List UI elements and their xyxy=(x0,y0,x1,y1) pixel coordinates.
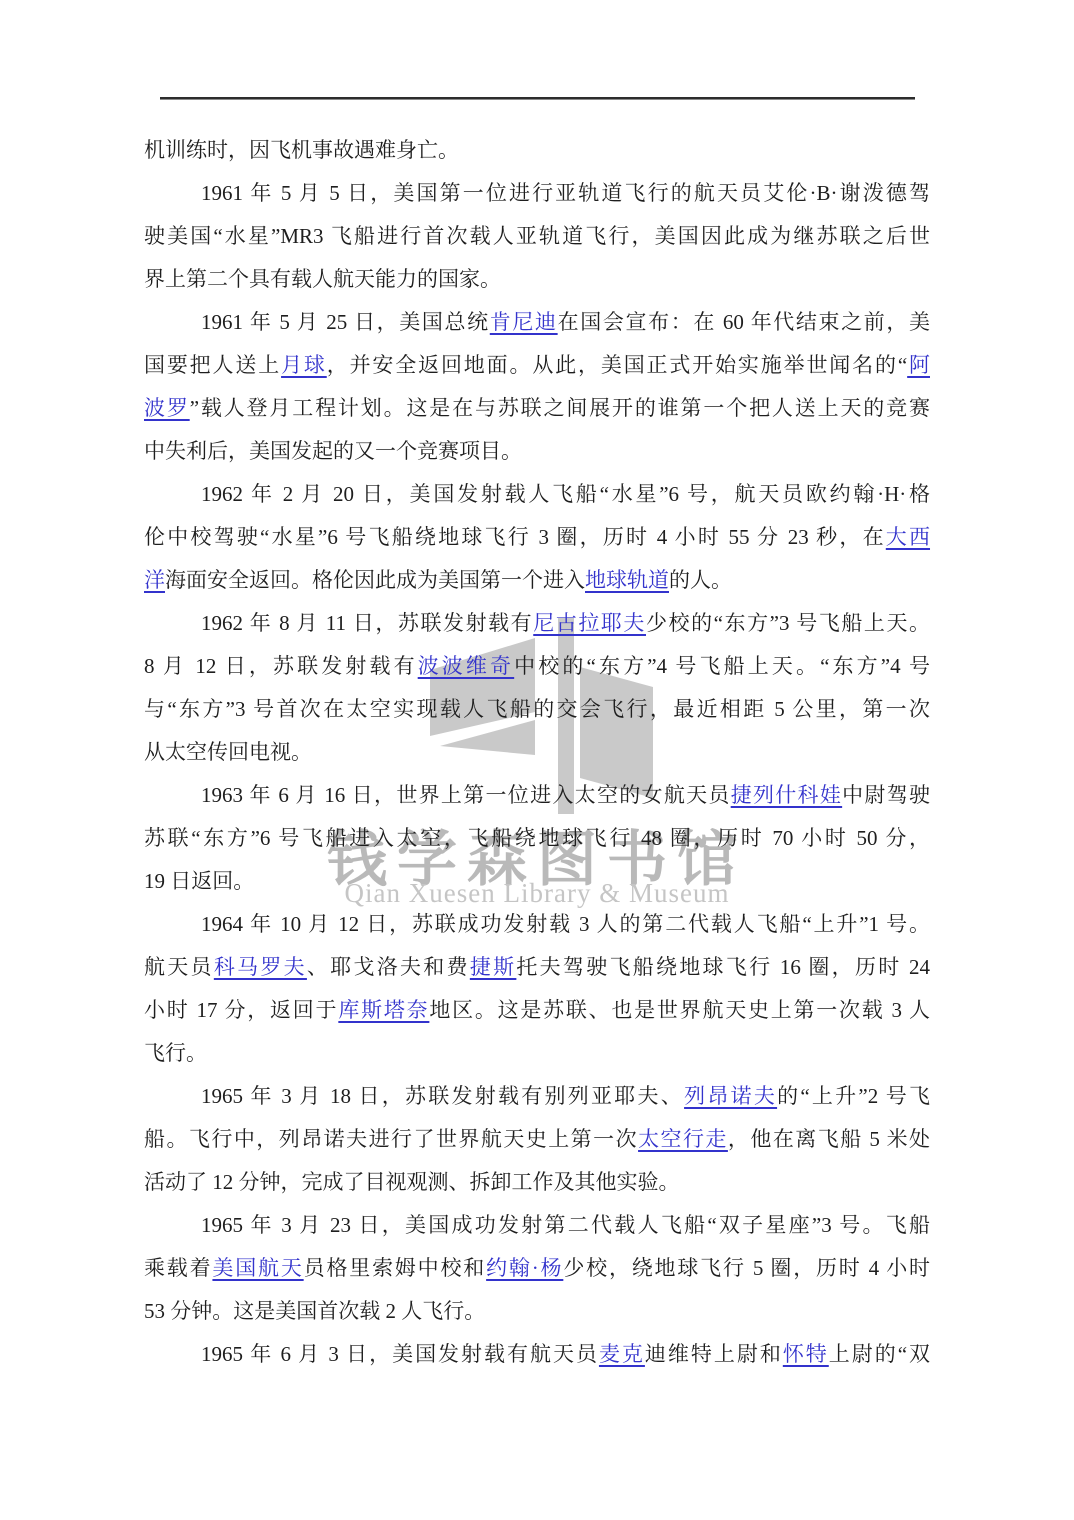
text-run: 机训练时，因飞机事故遇难身亡。 xyxy=(144,138,459,162)
text-run: 上尉的“双 xyxy=(829,1342,930,1366)
paragraph-line: 船。飞行中，列昂诺夫进行了世界航天史上第一次太空行走，他在离飞船 5 米处 xyxy=(144,1118,930,1161)
paragraph-line: 1965 年 3 月 23 日，美国成功发射第二代载人飞船“双子星座”3 号。飞… xyxy=(144,1204,930,1247)
paragraph-line: 飞行。 xyxy=(144,1032,930,1075)
paragraph-line: 53 分钟。这是美国首次载 2 人飞行。 xyxy=(144,1290,930,1333)
paragraph-line: 航天员科马罗夫、耶戈洛夫和费捷斯托夫驾驶飞船绕地球飞行 16 圈，历时 24 xyxy=(144,946,930,989)
paragraph: 1964 年 10 月 12 日，苏联成功发射载 3 人的第二代载人飞船“上升”… xyxy=(144,903,930,1075)
document-body: 机训练时，因飞机事故遇难身亡。1961 年 5 月 5 日，美国第一位进行亚轨道… xyxy=(144,129,930,1376)
paragraph-line: 国要把人送上月球，并安全返回地面。从此，美国正式开始实施举世闻名的“阿 xyxy=(144,344,930,387)
text-run: 、耶戈洛夫和费 xyxy=(307,955,470,979)
text-run: 驶美国“水星”MR3 飞船进行首次载人亚轨道飞行，美国因此成为继苏联之后世 xyxy=(144,224,930,248)
text-run: 的“上升”2 号飞 xyxy=(777,1084,930,1108)
paragraph-line: 1963 年 6 月 16 日，世界上第一位进入太空的女航天员捷列什科娃中尉驾驶 xyxy=(144,774,930,817)
text-run: 托夫驾驶飞船绕地球飞行 16 圈，历时 24 xyxy=(516,955,930,979)
paragraph: 机训练时，因飞机事故遇难身亡。 xyxy=(144,129,930,172)
text-link[interactable]: 大西 xyxy=(886,525,930,549)
paragraph-line: 19 日返回。 xyxy=(144,860,930,903)
paragraph-line: 小时 17 分，返回于库斯塔奈地区。这是苏联、也是世界航天史上第一次载 3 人 xyxy=(144,989,930,1032)
text-link[interactable]: 地球轨道 xyxy=(585,568,669,592)
paragraph: 1963 年 6 月 16 日，世界上第一位进入太空的女航天员捷列什科娃中尉驾驶… xyxy=(144,774,930,903)
text-run: 苏联“东方”6 号飞船进入太空，飞船绕地球飞行 48 圈，历时 70 小时 50… xyxy=(144,826,930,850)
text-run: 1964 年 10 月 12 日，苏联成功发射载 3 人的第二代载人飞船“上升”… xyxy=(201,912,930,936)
text-run: 飞行。 xyxy=(144,1041,207,1065)
paragraph: 1961 年 5 月 25 日，美国总统肯尼迪在国会宣布：在 60 年代结束之前… xyxy=(144,301,930,473)
text-link[interactable]: 捷列什科娃 xyxy=(731,783,842,807)
text-run: 1965 年 6 月 3 日，美国发射载有航天员 xyxy=(201,1342,599,1366)
text-run: 与“东方”3 号首次在太空实现载人飞船的交会飞行，最近相距 5 公里，第一次 xyxy=(144,697,930,721)
text-link[interactable]: 肯尼迪 xyxy=(490,310,558,334)
paragraph: 1962 年 8 月 11 日，苏联发射载有尼古拉耶夫少校的“东方”3 号飞船上… xyxy=(144,602,930,774)
text-run: 1961 年 5 月 5 日，美国第一位进行亚轨道飞行的航天员艾伦·B·谢泼德驾 xyxy=(201,181,930,205)
paragraph-line: 伦中校驾驶“水星”6 号飞船绕地球飞行 3 圈，历时 4 小时 55 分 23 … xyxy=(144,516,930,559)
text-run: ”载人登月工程计划。这是在与苏联之间展开的谁第一个把人送上天的竞赛 xyxy=(190,396,930,420)
text-link[interactable]: 月球 xyxy=(281,353,327,377)
text-link[interactable]: 尼古拉耶夫 xyxy=(533,611,646,635)
paragraph-line: 苏联“东方”6 号飞船进入太空，飞船绕地球飞行 48 圈，历时 70 小时 50… xyxy=(144,817,930,860)
text-run: 员格里索姆中校和 xyxy=(304,1256,486,1280)
text-link[interactable]: 波波维奇 xyxy=(418,654,514,678)
paragraph-line: 驶美国“水星”MR3 飞船进行首次载人亚轨道飞行，美国因此成为继苏联之后世 xyxy=(144,215,930,258)
text-run: 中校的“东方”4 号飞船上天。“东方”4 号 xyxy=(514,654,930,678)
text-run: 界上第二个具有载人航天能力的国家。 xyxy=(144,267,501,291)
paragraph-line: 界上第二个具有载人航天能力的国家。 xyxy=(144,258,930,301)
text-run: 小时 17 分，返回于 xyxy=(144,998,338,1022)
text-link[interactable]: 怀特 xyxy=(783,1342,829,1366)
text-run: 1962 年 8 月 11 日，苏联发射载有 xyxy=(201,611,533,635)
paragraph-line: 1962 年 2 月 20 日，美国发射载人飞船“水星”6 号，航天员欧约翰·H… xyxy=(144,473,930,516)
text-run: 迪维特上尉和 xyxy=(645,1342,783,1366)
text-run: ，并安全返回地面。从此，美国正式开始实施举世闻名的“ xyxy=(327,353,907,377)
paragraph-line: 1962 年 8 月 11 日，苏联发射载有尼古拉耶夫少校的“东方”3 号飞船上… xyxy=(144,602,930,645)
text-run: 海面安全返回。格伦因此成为美国第一个进入 xyxy=(165,568,585,592)
paragraph: 1965 年 6 月 3 日，美国发射载有航天员麦克迪维特上尉和怀特上尉的“双 xyxy=(144,1333,930,1376)
text-run: 1965 年 3 月 23 日，美国成功发射第二代载人飞船“双子星座”3 号。飞… xyxy=(201,1213,930,1237)
paragraph-line: 与“东方”3 号首次在太空实现载人飞船的交会飞行，最近相距 5 公里，第一次 xyxy=(144,688,930,731)
paragraph: 1961 年 5 月 5 日，美国第一位进行亚轨道飞行的航天员艾伦·B·谢泼德驾… xyxy=(144,172,930,301)
paragraph-line: 1964 年 10 月 12 日，苏联成功发射载 3 人的第二代载人飞船“上升”… xyxy=(144,903,930,946)
text-run: 8 月 12 日，苏联发射载有 xyxy=(144,654,418,678)
text-link[interactable]: 库斯塔奈 xyxy=(338,998,429,1022)
text-run: 乘载着 xyxy=(144,1256,212,1280)
text-run: 活动了 12 分钟，完成了目视观测、拆卸工作及其他实验。 xyxy=(144,1170,680,1194)
text-run: 在国会宣布：在 60 年代结束之前，美 xyxy=(558,310,930,334)
paragraph: 1965 年 3 月 23 日，美国成功发射第二代载人飞船“双子星座”3 号。飞… xyxy=(144,1204,930,1333)
text-run: 从太空传回电视。 xyxy=(144,740,312,764)
text-run: 1965 年 3 月 18 日，苏联发射载有别列亚耶夫、 xyxy=(201,1084,684,1108)
paragraph-line: 1965 年 6 月 3 日，美国发射载有航天员麦克迪维特上尉和怀特上尉的“双 xyxy=(144,1333,930,1376)
paragraph-line: 波罗”载人登月工程计划。这是在与苏联之间展开的谁第一个把人送上天的竞赛 xyxy=(144,387,930,430)
text-link[interactable]: 捷斯 xyxy=(470,955,517,979)
paragraph-line: 乘载着美国航天员格里索姆中校和约翰·杨少校，绕地球飞行 5 圈，历时 4 小时 xyxy=(144,1247,930,1290)
text-run: 中失利后，美国发起的又一个竞赛项目。 xyxy=(144,439,522,463)
text-run: 1962 年 2 月 20 日，美国发射载人飞船“水星”6 号，航天员欧约翰·H… xyxy=(201,482,930,506)
paragraph-line: 1961 年 5 月 5 日，美国第一位进行亚轨道飞行的航天员艾伦·B·谢泼德驾 xyxy=(144,172,930,215)
header-rule xyxy=(160,97,915,100)
paragraph-line: 活动了 12 分钟，完成了目视观测、拆卸工作及其他实验。 xyxy=(144,1161,930,1204)
paragraph: 1965 年 3 月 18 日，苏联发射载有别列亚耶夫、列昂诺夫的“上升”2 号… xyxy=(144,1075,930,1204)
text-run: 中尉驾驶 xyxy=(842,783,930,807)
text-link[interactable]: 洋 xyxy=(144,568,165,592)
text-run: 19 日返回。 xyxy=(144,869,254,893)
text-run: 少校，绕地球飞行 5 圈，历时 4 小时 xyxy=(563,1256,930,1280)
text-link[interactable]: 太空行走 xyxy=(638,1127,728,1151)
text-link[interactable]: 波罗 xyxy=(144,396,190,420)
text-run: 伦中校驾驶“水星”6 号飞船绕地球飞行 3 圈，历时 4 小时 55 分 23 … xyxy=(144,525,886,549)
text-run: 少校的“东方”3 号飞船上天。 xyxy=(646,611,930,635)
paragraph-line: 1965 年 3 月 18 日，苏联发射载有别列亚耶夫、列昂诺夫的“上升”2 号… xyxy=(144,1075,930,1118)
text-run: 53 分钟。这是美国首次载 2 人飞行。 xyxy=(144,1299,485,1323)
text-run: 航天员 xyxy=(144,955,214,979)
text-link[interactable]: 科马罗夫 xyxy=(214,955,307,979)
text-run: 的人。 xyxy=(669,568,732,592)
paragraph-line: 1961 年 5 月 25 日，美国总统肯尼迪在国会宣布：在 60 年代结束之前… xyxy=(144,301,930,344)
paragraph-line: 洋海面安全返回。格伦因此成为美国第一个进入地球轨道的人。 xyxy=(144,559,930,602)
text-run: 1963 年 6 月 16 日，世界上第一位进入太空的女航天员 xyxy=(201,783,731,807)
paragraph-line: 中失利后，美国发起的又一个竞赛项目。 xyxy=(144,430,930,473)
text-link[interactable]: 美国航天 xyxy=(212,1256,303,1280)
text-link[interactable]: 阿 xyxy=(907,353,930,377)
text-run: ，他在离飞船 5 米处 xyxy=(728,1127,930,1151)
paragraph-line: 8 月 12 日，苏联发射载有波波维奇中校的“东方”4 号飞船上天。“东方”4 … xyxy=(144,645,930,688)
paragraph-line: 从太空传回电视。 xyxy=(144,731,930,774)
paragraph: 1962 年 2 月 20 日，美国发射载人飞船“水星”6 号，航天员欧约翰·H… xyxy=(144,473,930,602)
text-run: 船。飞行中，列昂诺夫进行了世界航天史上第一次 xyxy=(144,1127,638,1151)
text-run: 地区。这是苏联、也是世界航天史上第一次载 3 人 xyxy=(429,998,930,1022)
text-run: 1961 年 5 月 25 日，美国总统 xyxy=(201,310,490,334)
text-run: 国要把人送上 xyxy=(144,353,281,377)
text-link[interactable]: 约翰·杨 xyxy=(486,1256,563,1280)
text-link[interactable]: 列昂诺夫 xyxy=(684,1084,777,1108)
paragraph-line: 机训练时，因飞机事故遇难身亡。 xyxy=(144,129,930,172)
text-link[interactable]: 麦克 xyxy=(599,1342,645,1366)
document-page: 钱学森图书馆 Qian Xuesen Library & Museum 机训练时… xyxy=(0,0,1074,1520)
